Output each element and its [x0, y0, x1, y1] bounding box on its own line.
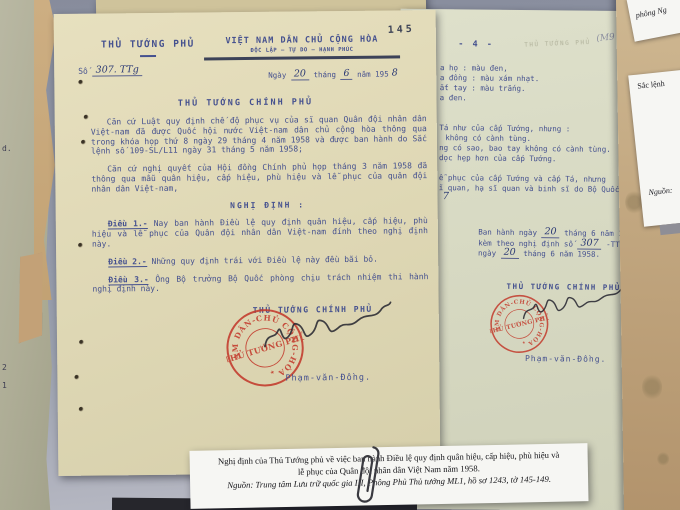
stamp-bleed-through: THỦ TƯỚNG PHỦ — [524, 39, 591, 49]
national-motto: ĐỘC LẬP — TỰ DO — HẠNH PHÚC — [204, 46, 400, 54]
torn-paper-piece — [16, 251, 47, 344]
handwritten-day: 20 — [501, 247, 519, 259]
preamble-paragraph: Căn cứ nghị quyết của Hội đồng Chính phủ… — [91, 161, 427, 194]
page-number: - 4 - — [458, 39, 494, 49]
date-text: Ngày — [268, 71, 286, 80]
punch-hole — [79, 340, 84, 345]
paper-stain — [657, 452, 669, 466]
date-text: tháng — [313, 70, 336, 79]
issue-text: kèm theo nghị định số — [478, 238, 573, 248]
handwritten-mark: 7 — [443, 191, 449, 202]
article-label: Điều 3.- — [108, 275, 148, 285]
gray-marker — [660, 223, 680, 235]
handwritten-number: 307 — [577, 237, 601, 249]
signer-name: Phạm-văn-Đồng. — [525, 354, 607, 364]
handwritten-year-digit: 8 — [389, 67, 401, 78]
punch-hole — [74, 375, 79, 380]
issue-text: ngày — [478, 249, 496, 258]
typewritten-lines: a họ : màu đen, a đồng : màu xám nhạt. ắ… — [439, 63, 622, 195]
handwritten-month: 6 — [340, 68, 352, 80]
handwritten-day: 20 — [541, 226, 559, 238]
punch-hole — [78, 80, 83, 85]
punch-hole — [81, 140, 86, 145]
preamble-paragraph: Căn cứ Luật quy định chế độ phục vụ của … — [91, 114, 427, 157]
decree-heading: NGHỊ ĐỊNH : — [92, 199, 428, 212]
punch-hole — [78, 243, 83, 248]
signer-name: Phạm-văn-Đồng. — [285, 373, 371, 384]
document-title: THỦ TƯỚNG CHÍNH PHỦ — [54, 96, 436, 110]
handwritten-day: 20 — [291, 68, 309, 80]
issuing-office: THỦ TƯỚNG PHỦ — [80, 38, 216, 50]
stamp-star: ★ — [522, 339, 527, 346]
issue-text: Ban hành ngày — [478, 228, 537, 238]
article-label: Điều 2.- — [108, 257, 147, 267]
article: Điều 1.- Nay ban hành Điều lệ quy định q… — [92, 216, 428, 249]
slip-text: phông Ng — [635, 5, 667, 20]
typed-line: ĩ quan, hạ sĩ quan và binh sĩ do Bộ Quốc — [439, 183, 621, 195]
national-title: VIỆT NAM DÂN CHỦ CỘNG HÒA — [204, 34, 400, 46]
signature-phamvandong — [252, 291, 399, 361]
paper-stain — [642, 374, 662, 400]
date-line: Ngày 20 tháng 6 năm 1958 — [268, 68, 401, 80]
date-text: năm 195 — [357, 70, 389, 79]
caption-label: Nghị định của Thủ Tướng phủ về việc ban … — [189, 443, 588, 509]
decree-page-1: 145 THỦ TƯỚNG PHỦ Số 307. TTg VIỆT NAM D… — [54, 10, 441, 476]
article: Điều 2.- Những quy định trái với Điều lệ… — [92, 254, 428, 267]
number-label: Số — [78, 67, 88, 76]
slip-text: Sắc lệnh — [637, 75, 680, 91]
punch-hole — [79, 407, 84, 412]
stack-text-fragment: 1 — [2, 382, 7, 390]
slip-source-text: Nguồn: — [648, 182, 680, 198]
stack-text-fragment: d. — [2, 145, 12, 153]
article-text: Những quy định trái với Điều lệ này đều … — [147, 254, 378, 265]
typed-line: dọc hẹp hơn của cấp Tướng. — [439, 153, 621, 165]
stamp-star: ★ — [269, 366, 276, 376]
punch-hole — [84, 115, 89, 120]
handwritten-doc-number: 307. TTg — [93, 64, 142, 77]
divider-dash — [140, 55, 156, 57]
document-number-line: Số 307. TTg — [78, 65, 142, 77]
national-header: VIỆT NAM DÂN CHỦ CỘNG HÒA ĐỘC LẬP — TỰ D… — [204, 34, 400, 60]
decree-body: Căn cứ Luật quy định chế độ phục vụ của … — [91, 114, 429, 303]
issue-text: tháng 6 năm 1958. — [523, 249, 600, 259]
header-rule — [204, 55, 400, 60]
archive-photo-scene: d. 2 1 THỦ TƯỚNG PHỦ - 4 - (M9 ) a họ : … — [0, 0, 680, 510]
article: Điều 3.- Ông Bộ trưởng Bộ Quốc phòng chị… — [92, 272, 428, 295]
stack-text-fragment: 2 — [2, 364, 7, 372]
